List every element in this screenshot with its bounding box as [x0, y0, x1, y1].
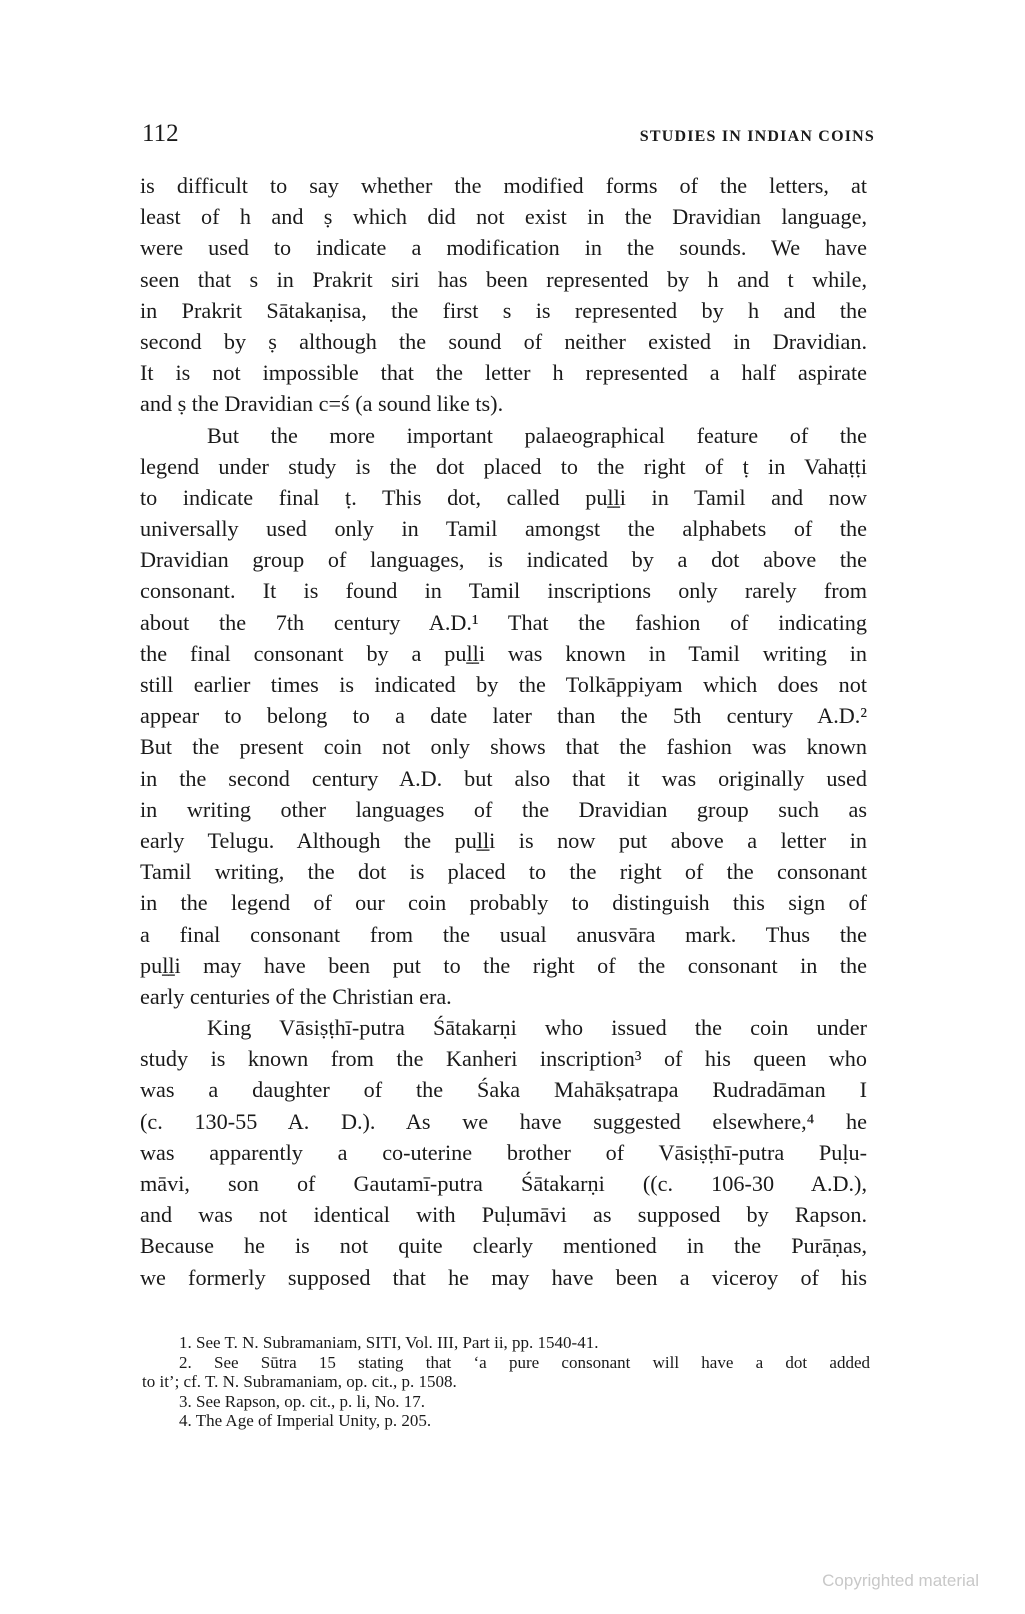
text-line: māvi, son of Gautamī-putra Śātakarṇi ((c… [140, 1168, 867, 1199]
text-line: in the legend of our coin probably to di… [140, 887, 867, 918]
footnote-2: 2. See Sūtra 15 stating that ‘a pure con… [142, 1353, 870, 1373]
text-line: legend under study is the dot placed to … [140, 451, 867, 482]
text-line: the final consonant by a puḻḻi was known… [140, 638, 867, 669]
running-head: STUDIES IN INDIAN COINS [640, 128, 875, 146]
text-line: Tamil writing, the dot is placed to the … [140, 856, 867, 887]
text-line: was a daughter of the Śaka Mahākṣatrapa … [140, 1074, 867, 1105]
text-line: still earlier times is indicated by the … [140, 669, 867, 700]
footnote-1: 1. See T. N. Subramaniam, SITI, Vol. III… [142, 1333, 870, 1353]
text-line: and ṣ the Dravidian c=ś (a sound like ts… [140, 388, 867, 419]
text-line: in the second century A.D. but also that… [140, 763, 867, 794]
text-line: was apparently a co-uterine brother of V… [140, 1137, 867, 1168]
text-line: about the 7th century A.D.¹ That the fas… [140, 607, 867, 638]
text-line: seen that s in Prakrit siri has been rep… [140, 264, 867, 295]
text-line: But the present coin not only shows that… [140, 731, 867, 762]
text-line: Because he is not quite clearly mentione… [140, 1230, 867, 1261]
body-text: is difficult to say whether the modified… [140, 170, 867, 1293]
text-line: study is known from the Kanheri inscript… [140, 1043, 867, 1074]
text-line: a final consonant from the usual anusvār… [140, 919, 867, 950]
text-line: and was not identical with Puḷumāvi as s… [140, 1199, 867, 1230]
footnote-3: 3. See Rapson, op. cit., p. li, No. 17. [142, 1392, 870, 1412]
footnotes: 1. See T. N. Subramaniam, SITI, Vol. III… [142, 1333, 870, 1431]
text-line: universally used only in Tamil amongst t… [140, 513, 867, 544]
text-line: But the more important palaeographical f… [140, 420, 867, 451]
page-number: 112 [142, 120, 179, 148]
text-line: least of h and ṣ which did not exist in … [140, 201, 867, 232]
text-line: It is not impossible that the letter h r… [140, 357, 867, 388]
text-line: in Prakrit Sātakaṇisa, the first s is re… [140, 295, 867, 326]
text-line: early centuries of the Christian era. [140, 981, 867, 1012]
text-line: we formerly supposed that he may have be… [140, 1262, 867, 1293]
text-line: appear to belong to a date later than th… [140, 700, 867, 731]
text-line: were used to indicate a modification in … [140, 232, 867, 263]
footnote-2-continued: to it’; cf. T. N. Subramaniam, op. cit.,… [142, 1372, 870, 1392]
copyright-watermark: Copyrighted material [822, 1571, 979, 1591]
text-line: consonant. It is found in Tamil inscript… [140, 575, 867, 606]
text-line: is difficult to say whether the modified… [140, 170, 867, 201]
text-line: puḻḻi may have been put to the right of … [140, 950, 867, 981]
footnote-4: 4. The Age of Imperial Unity, p. 205. [142, 1411, 870, 1431]
text-line: Dravidian group of languages, is indicat… [140, 544, 867, 575]
text-line: early Telugu. Although the puḻḻi is now … [140, 825, 867, 856]
text-line: second by ṣ although the sound of neithe… [140, 326, 867, 357]
text-line: in writing other languages of the Dravid… [140, 794, 867, 825]
text-line: to indicate final ṭ. This dot, called pu… [140, 482, 867, 513]
text-line: King Vāsiṣṭhī-putra Śātakarṇi who issued… [140, 1012, 867, 1043]
text-line: (c. 130-55 A. D.). As we have suggested … [140, 1106, 867, 1137]
